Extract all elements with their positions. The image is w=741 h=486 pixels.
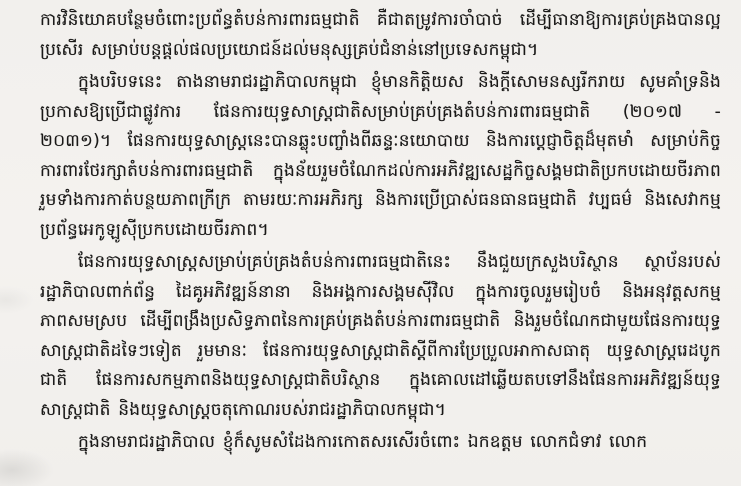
paragraph-4-truncated: ក្នុងនាមរាជរដ្ឋាភិបាល ខ្ញុំក៏សូមសំដែងការ… [40, 428, 721, 458]
paragraph-3: ផែនការយុទ្ធសាស្ត្រសម្រាប់គ្រប់គ្រងតំបន់ក… [40, 248, 721, 425]
paragraph-2: ក្នុងបរិបទនេះ តាងនាមរាជរដ្ឋាភិបាលកម្ពុជា… [40, 68, 721, 245]
paragraph-1: ការវិនិយោគបន្ថែមចំពោះប្រព័ន្ធតំបន់ការពារ… [40, 6, 721, 65]
scanned-document-page: ការវិនិយោគបន្ថែមចំពោះប្រព័ន្ធតំបន់ការពារ… [0, 0, 741, 486]
